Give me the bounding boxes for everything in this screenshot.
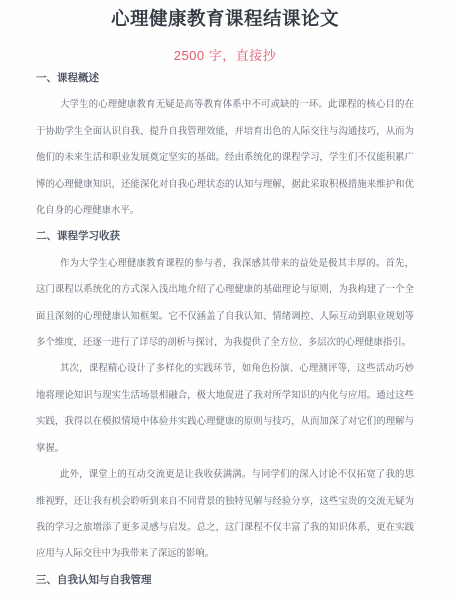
document-page: 心理健康教育课程结课论文 2500 字，直接抄 一、课程概述 大学生的心理健康教… <box>0 6 455 600</box>
paragraph: 此外，课堂上的互动交流更是让我收获满满。与同学们的深入讨论不仅拓宽了我的思维视野… <box>36 461 414 567</box>
page-title: 心理健康教育课程结课论文 <box>36 6 414 32</box>
paragraph: 其次，课程精心设计了多样化的实践环节，如角色扮演、心理测评等，这些活动巧妙地将理… <box>36 355 414 461</box>
section-heading-2: 二、课程学习收获 <box>36 223 414 249</box>
paragraph: 大学生的心理健康教育无疑是高等教育体系中不可或缺的一环。此课程的核心目的在于协助… <box>36 91 414 223</box>
section-heading-1: 一、课程概述 <box>36 65 414 91</box>
paragraph: 作为大学生心理健康教育课程的参与者，我深感其带来的益处是极其丰厚的。首先，这门课… <box>36 250 414 356</box>
section-heading-3: 三、自我认知与自我管理 <box>36 567 414 593</box>
page-subtitle: 2500 字，直接抄 <box>36 47 414 65</box>
